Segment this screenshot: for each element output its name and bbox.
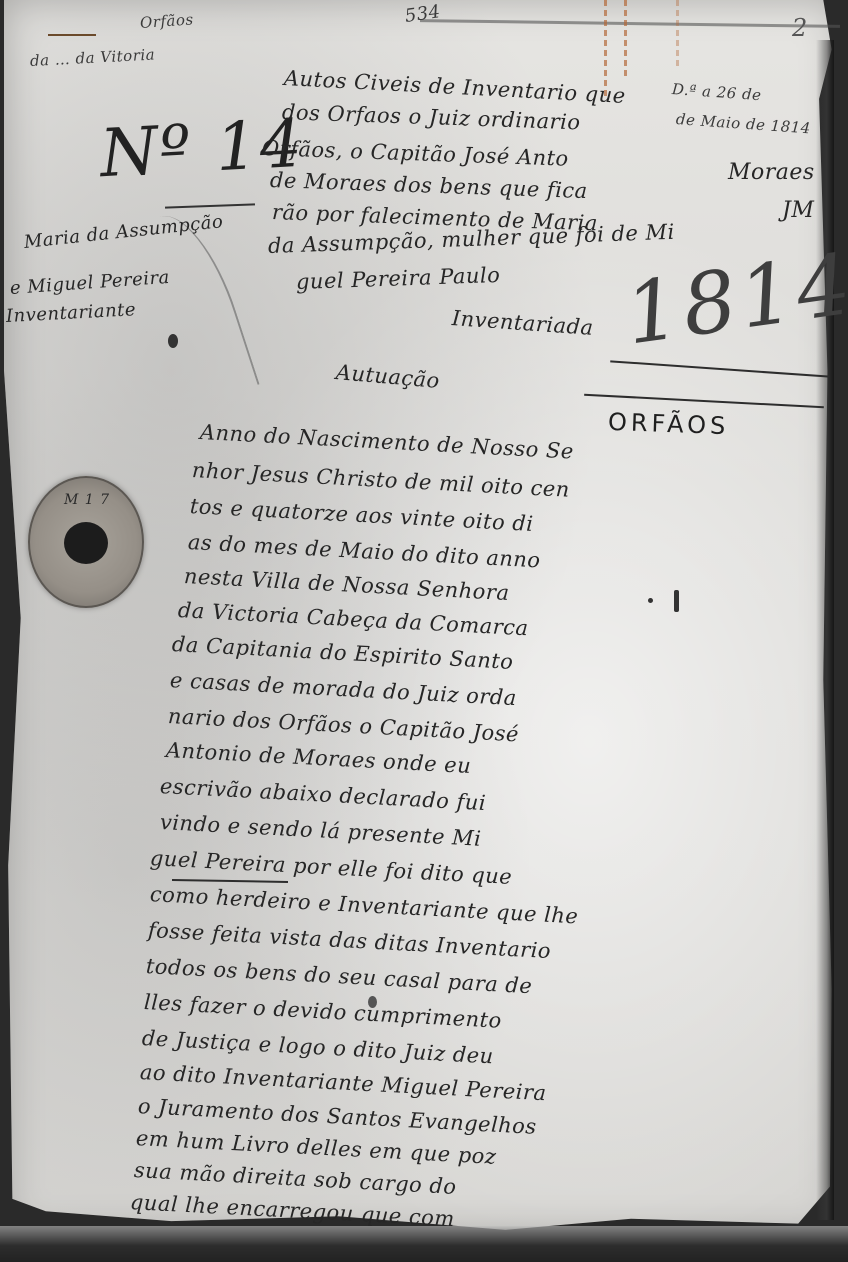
- ink-dot: [648, 598, 653, 603]
- bottom-page-edge: [0, 1226, 848, 1262]
- wax-seal: M 1 7: [28, 476, 144, 608]
- rust-stain: [624, 0, 627, 80]
- page-number: 2: [792, 14, 808, 42]
- ink-blot: [168, 334, 178, 348]
- signature-moraes: Moraes: [728, 160, 815, 185]
- seal-hole: [64, 522, 108, 564]
- rust-stain: [676, 0, 679, 70]
- margin-note-orfaos: Orfãos: [139, 10, 194, 32]
- seal-inscription: M 1 7: [64, 492, 110, 508]
- scanned-document: Orfãos da … da Vitoria 534 2 Nº 14 Autos…: [0, 0, 848, 1262]
- category-label: ORFÃOS: [608, 408, 730, 440]
- ink-blot: [368, 996, 377, 1008]
- ink-mark: [674, 590, 679, 612]
- page-stack-edge: [816, 40, 834, 1220]
- margin-strike: [48, 34, 96, 36]
- signature-monogram: JM: [782, 198, 814, 223]
